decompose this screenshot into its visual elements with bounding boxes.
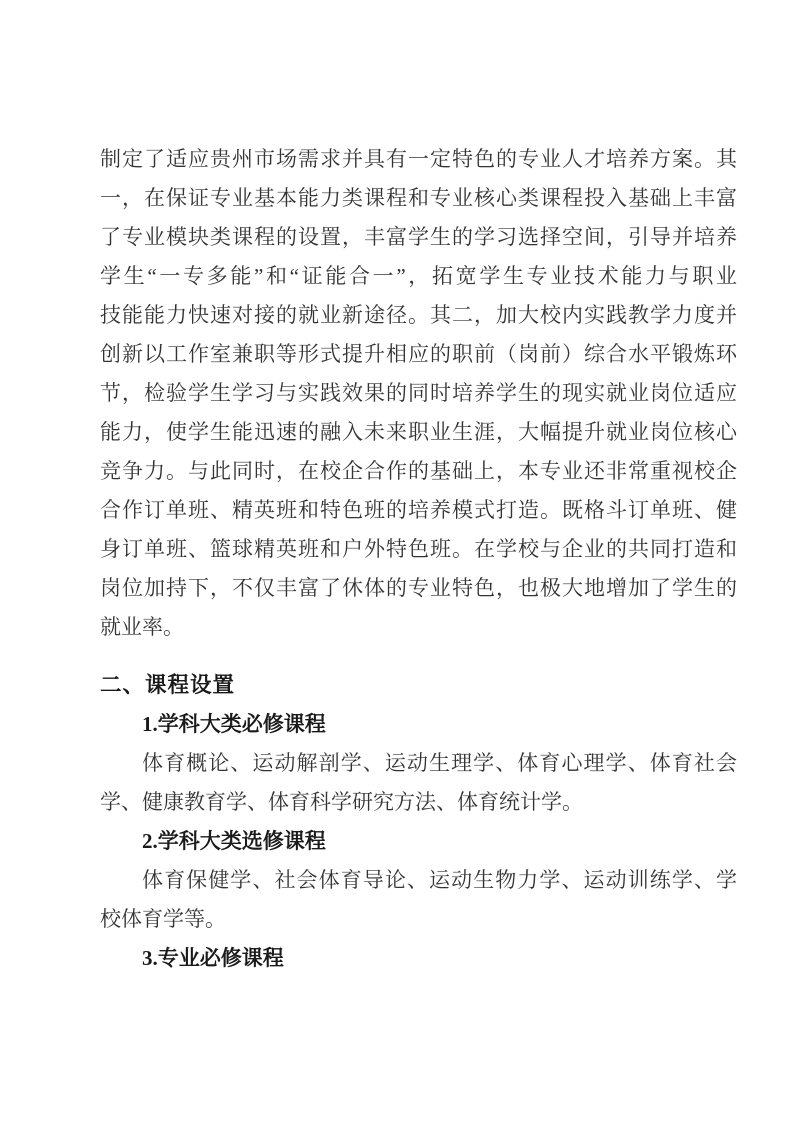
text-line: 竞争力。与此同时，在校企合作的基础上，本专业还非常重视校企	[100, 452, 737, 491]
text-line: 身订单班、篮球精英班和户外特色班。在学校与企业的共同打造和	[100, 530, 737, 569]
text-line: 了专业模块类课程的设置，丰富学生的学习选择空间，引导并培养	[100, 218, 737, 257]
document-page: 制定了适应贵州市场需求并具有一定特色的专业人才培养方案。其 一，在保证专业基本能…	[0, 0, 793, 1122]
text-line: 技能能力快速对接的就业新途径。其二，加大校内实践教学力度并	[100, 296, 737, 335]
subsection-title-elective-discipline-courses: 2.学科大类选修课程	[100, 822, 737, 861]
text-line: 就业率。	[100, 608, 737, 647]
text-line: 制定了适应贵州市场需求并具有一定特色的专业人才培养方案。其	[100, 140, 737, 179]
paragraph-required-discipline-courses: 体育概论、运动解剖学、运动生理学、体育心理学、体育社会 学、健康教育学、体育科学…	[100, 744, 737, 822]
text-line: 学生“一专多能”和“证能合一”，拓宽学生专业技术能力与职业	[100, 257, 737, 296]
text-line: 能力，使学生能迅速的融入未来职业生涯，大幅提升就业岗位核心	[100, 413, 737, 452]
document-content: 制定了适应贵州市场需求并具有一定特色的专业人才培养方案。其 一，在保证专业基本能…	[100, 140, 737, 978]
text-line: 节，检验学生学习与实践效果的同时培养学生的现实就业岗位适应	[100, 374, 737, 413]
paragraph-elective-discipline-courses: 体育保健学、社会体育导论、运动生物力学、运动训练学、学 校体育学等。	[100, 861, 737, 939]
text-line: 学、健康教育学、体育科学研究方法、体育统计学。	[100, 783, 737, 822]
text-line: 体育保健学、社会体育导论、运动生物力学、运动训练学、学	[100, 861, 737, 900]
text-line: 岗位加持下，不仅丰富了休体的专业特色，也极大地增加了学生的	[100, 569, 737, 608]
subsection-title-required-discipline-courses: 1.学科大类必修课程	[100, 705, 737, 744]
paragraph-training-plan: 制定了适应贵州市场需求并具有一定特色的专业人才培养方案。其 一，在保证专业基本能…	[100, 140, 737, 647]
text-line: 一，在保证专业基本能力类课程和专业核心类课程投入基础上丰富	[100, 179, 737, 218]
text-line: 校体育学等。	[100, 900, 737, 939]
subsection-title-required-major-courses: 3.专业必修课程	[100, 939, 737, 978]
text-line: 体育概论、运动解剖学、运动生理学、体育心理学、体育社会	[100, 744, 737, 783]
text-line: 创新以工作室兼职等形式提升相应的职前（岗前）综合水平锻炼环	[100, 335, 737, 374]
text-line: 合作订单班、精英班和特色班的培养模式打造。既格斗订单班、健	[100, 491, 737, 530]
section-heading-course-setup: 二、课程设置	[100, 666, 737, 705]
